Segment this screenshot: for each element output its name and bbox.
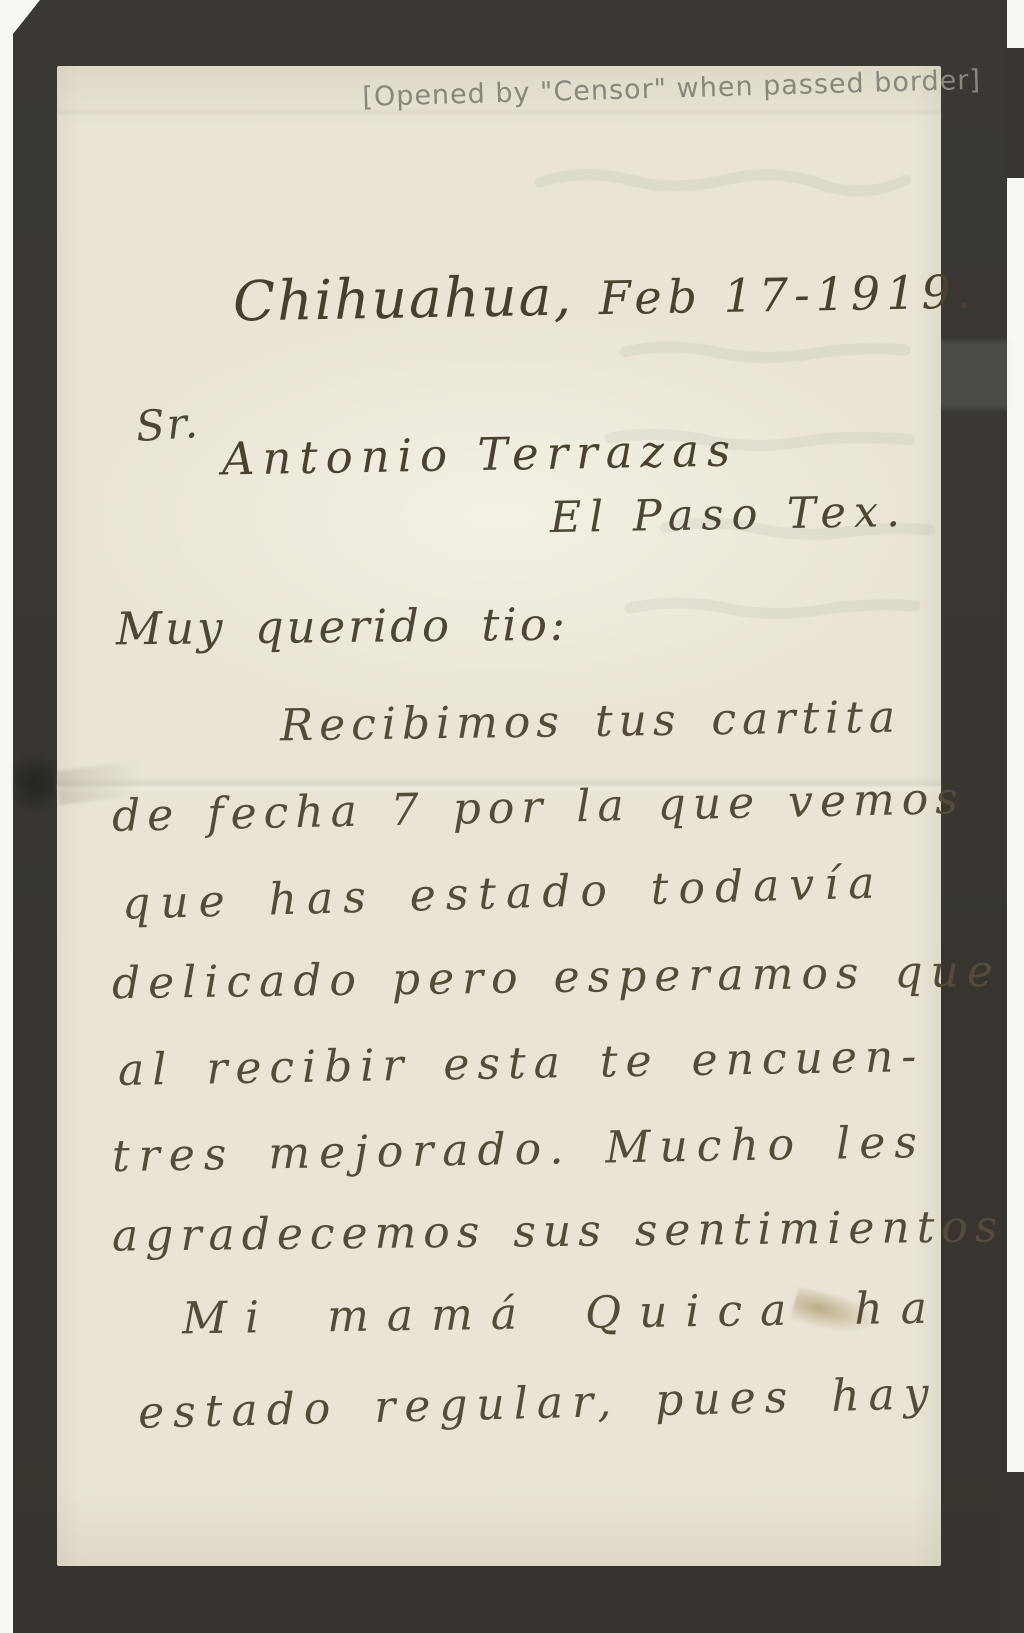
mat-fold-light-band (936, 341, 1010, 409)
dateline-place: Chihuahua, (232, 264, 573, 334)
recipient-name: Antonio Terrazas (222, 428, 739, 482)
greeting-line: Muy querido tio: (116, 602, 568, 652)
mat-edge-patch (1000, 1472, 1024, 1633)
body-line: Recibimos tus cartita (280, 696, 902, 749)
salutation-prefix: Sr. (135, 402, 201, 448)
body-line: Mi mamá Quica ha (182, 1287, 945, 1342)
scanned-letter-page: [Opened by "Censor" when passed border] … (0, 0, 1024, 1633)
body-line: delicado pero esperamos que (112, 950, 1002, 1006)
recipient-location: El Paso Tex. (550, 491, 908, 540)
dateline: Chihuahua,Feb 17-1919. (233, 262, 978, 330)
body-line: agradecemos sus sentimientos (112, 1205, 1005, 1258)
mat-edge-patch (1004, 48, 1024, 178)
dateline-date: Feb 17-1919. (598, 265, 977, 326)
